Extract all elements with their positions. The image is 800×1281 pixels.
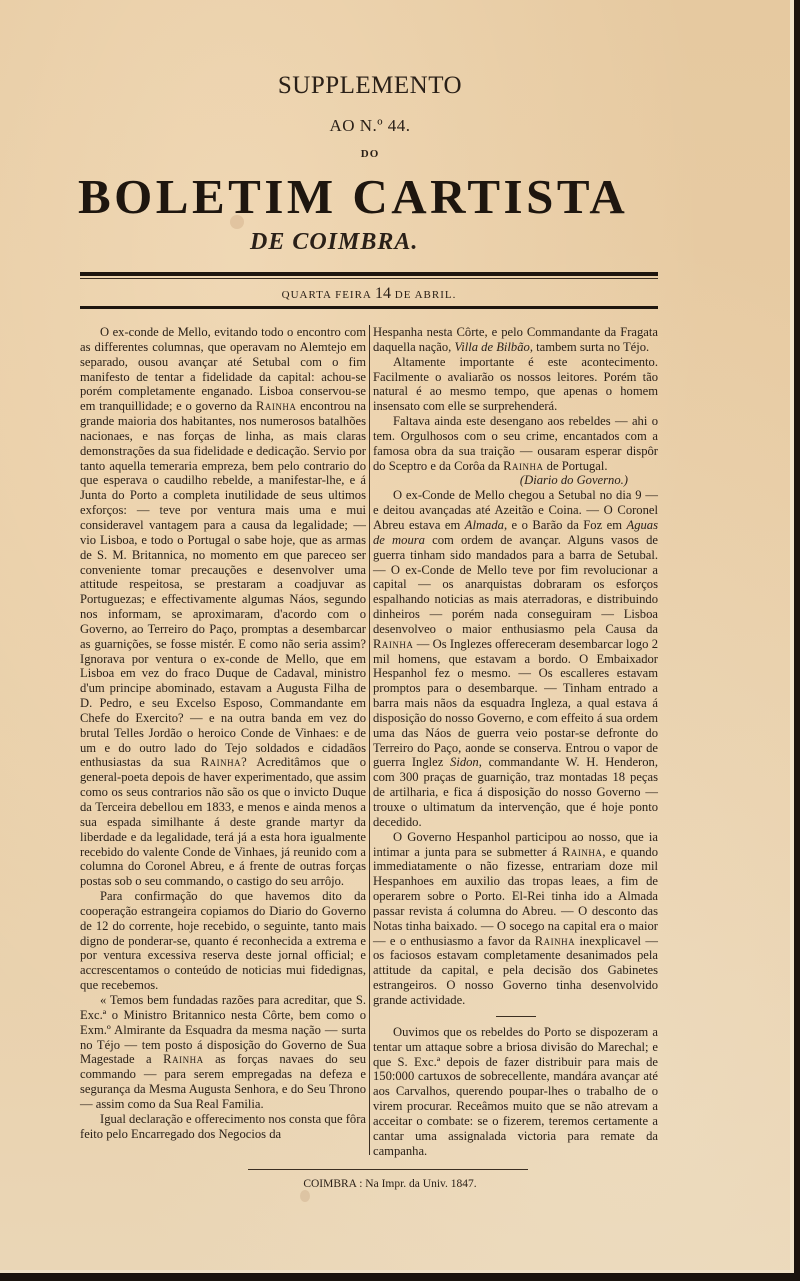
date-weekday: Quarta feira	[282, 289, 372, 301]
article-paragraph: Faltava ainda este desengano aos rebelde…	[373, 414, 658, 473]
supplement-heading: SUPPLEMENTO	[0, 72, 740, 100]
article-paragraph: O ex-conde de Mello, evitando todo o enc…	[80, 325, 366, 889]
footer-rule	[248, 1169, 528, 1170]
paper-stain	[300, 1190, 310, 1202]
right-column: Hespanha nesta Côrte, e pelo Commandante…	[373, 325, 658, 1158]
dateline: Quarta feira 14 de Abril.	[80, 285, 658, 303]
date-day: 14	[375, 285, 391, 302]
masthead-rule-top	[80, 272, 658, 276]
printer-imprint: COIMBRA : Na Impr. da Univ. 1847.	[220, 1178, 560, 1190]
article-paragraph: Para confirmação do que havemos dito da …	[80, 889, 366, 993]
masthead-rule-thin	[80, 278, 658, 279]
quoted-paragraph: « Temos bem fundadas razões para acredit…	[80, 993, 366, 1112]
date-month: de Abril.	[395, 289, 457, 301]
newspaper-page: SUPPLEMENTO AO N.º 44. DO BOLETIM CARTIS…	[0, 0, 794, 1273]
column-divider	[369, 325, 370, 1155]
article-paragraph: Hespanha nesta Côrte, e pelo Commandante…	[373, 325, 658, 355]
article-paragraph: Ouvimos que os rebeldes do Porto se disp…	[373, 1025, 658, 1159]
newspaper-subtitle: DE COIMBRA.	[250, 229, 480, 256]
article-paragraph: Altamente importante é este aconteciment…	[373, 355, 658, 414]
section-separator	[496, 1016, 536, 1017]
left-column: O ex-conde de Mello, evitando todo o enc…	[80, 325, 366, 1141]
issue-number: AO N.º 44.	[0, 116, 740, 136]
article-paragraph: O Governo Hespanhol participou ao nosso,…	[373, 830, 658, 1008]
source-attribution: (Diario do Governo.)	[373, 473, 658, 488]
article-paragraph: Igual declaração e offerecimento nos con…	[80, 1112, 366, 1142]
dateline-rule	[80, 306, 658, 309]
article-paragraph: O ex-Conde de Mello chegou a Setubal no …	[373, 488, 658, 829]
masthead-connector: DO	[0, 148, 740, 160]
newspaper-title: BOLETIM CARTISTA	[78, 168, 640, 225]
